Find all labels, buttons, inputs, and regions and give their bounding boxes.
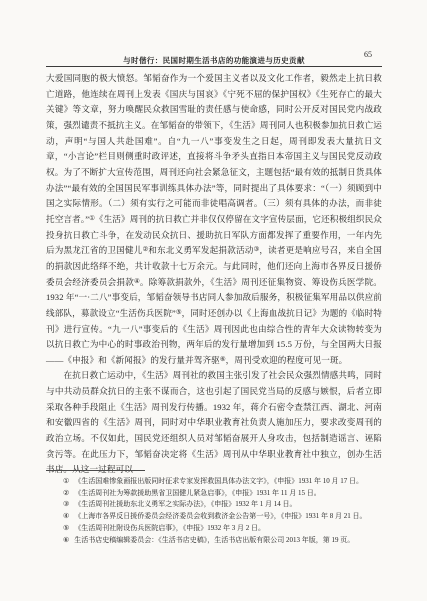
footnote-marker: ③ [63, 499, 69, 511]
footnote-separator [46, 470, 145, 471]
header-rule [46, 66, 382, 67]
paragraph-1: 大爱国同胞的极大愤怒。邹韬奋作为一个爱国主义者以及文化工作者，毅然走上抗日救亡道… [46, 71, 382, 368]
footnote-item: ④《上海市各界反日援侨委员会经济委员会收到救济金公告第一号》，《申报》1931 … [63, 511, 383, 523]
footnotes: ①《生活国难惨象画报出版同时征求专家发挥救国具体办法文字》，《申报》1931 年… [63, 476, 383, 546]
footnote-marker: ④ [63, 511, 69, 523]
paragraph-2: 在抗日救亡运动中，《生活》周刊社的救国主张引发了社会民众强烈情感共鸣，同时与中共… [46, 368, 382, 478]
page-number: 65 [364, 50, 372, 59]
header-title: 与时偕行：民国时期生活书店的功能演进与历史贡献 [123, 56, 305, 65]
body-text: 大爱国同胞的极大愤怒。邹韬奋作为一个爱国主义者以及文化工作者，毅然走上抗日救亡道… [46, 71, 382, 478]
footnote-text: 《生活周刊社为筹款援助黑省卫国健儿紧急启事》，《申报》1931 年 11 月 1… [74, 489, 321, 497]
page: 与时偕行：民国时期生活书店的功能演进与历史贡献 65 大爱国同胞的极大愤怒。邹韬… [0, 0, 427, 601]
footnote-item: ③《生活周刊社援助东北义勇军之实际办法》，《申报》1932 年 1 月 14 日… [63, 499, 383, 511]
footnote-marker: ⑥ [63, 535, 69, 547]
footnote-marker: ⑤ [63, 523, 69, 535]
footnote-marker: ② [63, 488, 69, 500]
footnote-text: 《生活周刊社援助东北义勇军之实际办法》，《申报》1932 年 1 月 14 日。 [74, 500, 296, 508]
footnote-marker: ① [63, 476, 69, 488]
running-header: 与时偕行：民国时期生活书店的功能演进与历史贡献 65 [46, 50, 382, 62]
footnote-item: ⑤《生活周刊社附设伤兵医院启事》，《申报》1932 年 3 月 2 日。 [63, 523, 383, 535]
footnote-item: ⑥生活书店史稿编辑委员会：《生活书店史稿》，生活书店出版有限公司 2013 年版… [63, 535, 383, 547]
footnote-text: 《生活周刊社附设伤兵医院启事》，《申报》1932 年 3 月 2 日。 [74, 524, 265, 532]
footnote-item: ①《生活国难惨象画报出版同时征求专家发挥救国具体办法文字》，《申报》1931 年… [63, 476, 383, 488]
footnote-item: ②《生活周刊社为筹款援助黑省卫国健儿紧急启事》，《申报》1931 年 11 月 … [63, 488, 383, 500]
footnote-text: 《生活国难惨象画报出版同时征求专家发挥救国具体办法文字》，《申报》1931 年 … [74, 477, 363, 485]
footnote-text: 《上海市各界反日援侨委员会经济委员会收到救济金公告第一号》，《申报》1931 年… [74, 512, 366, 520]
footnote-text: 生活书店史稿编辑委员会：《生活书店史稿》，生活书店出版有限公司 2013 年版，… [74, 536, 354, 544]
